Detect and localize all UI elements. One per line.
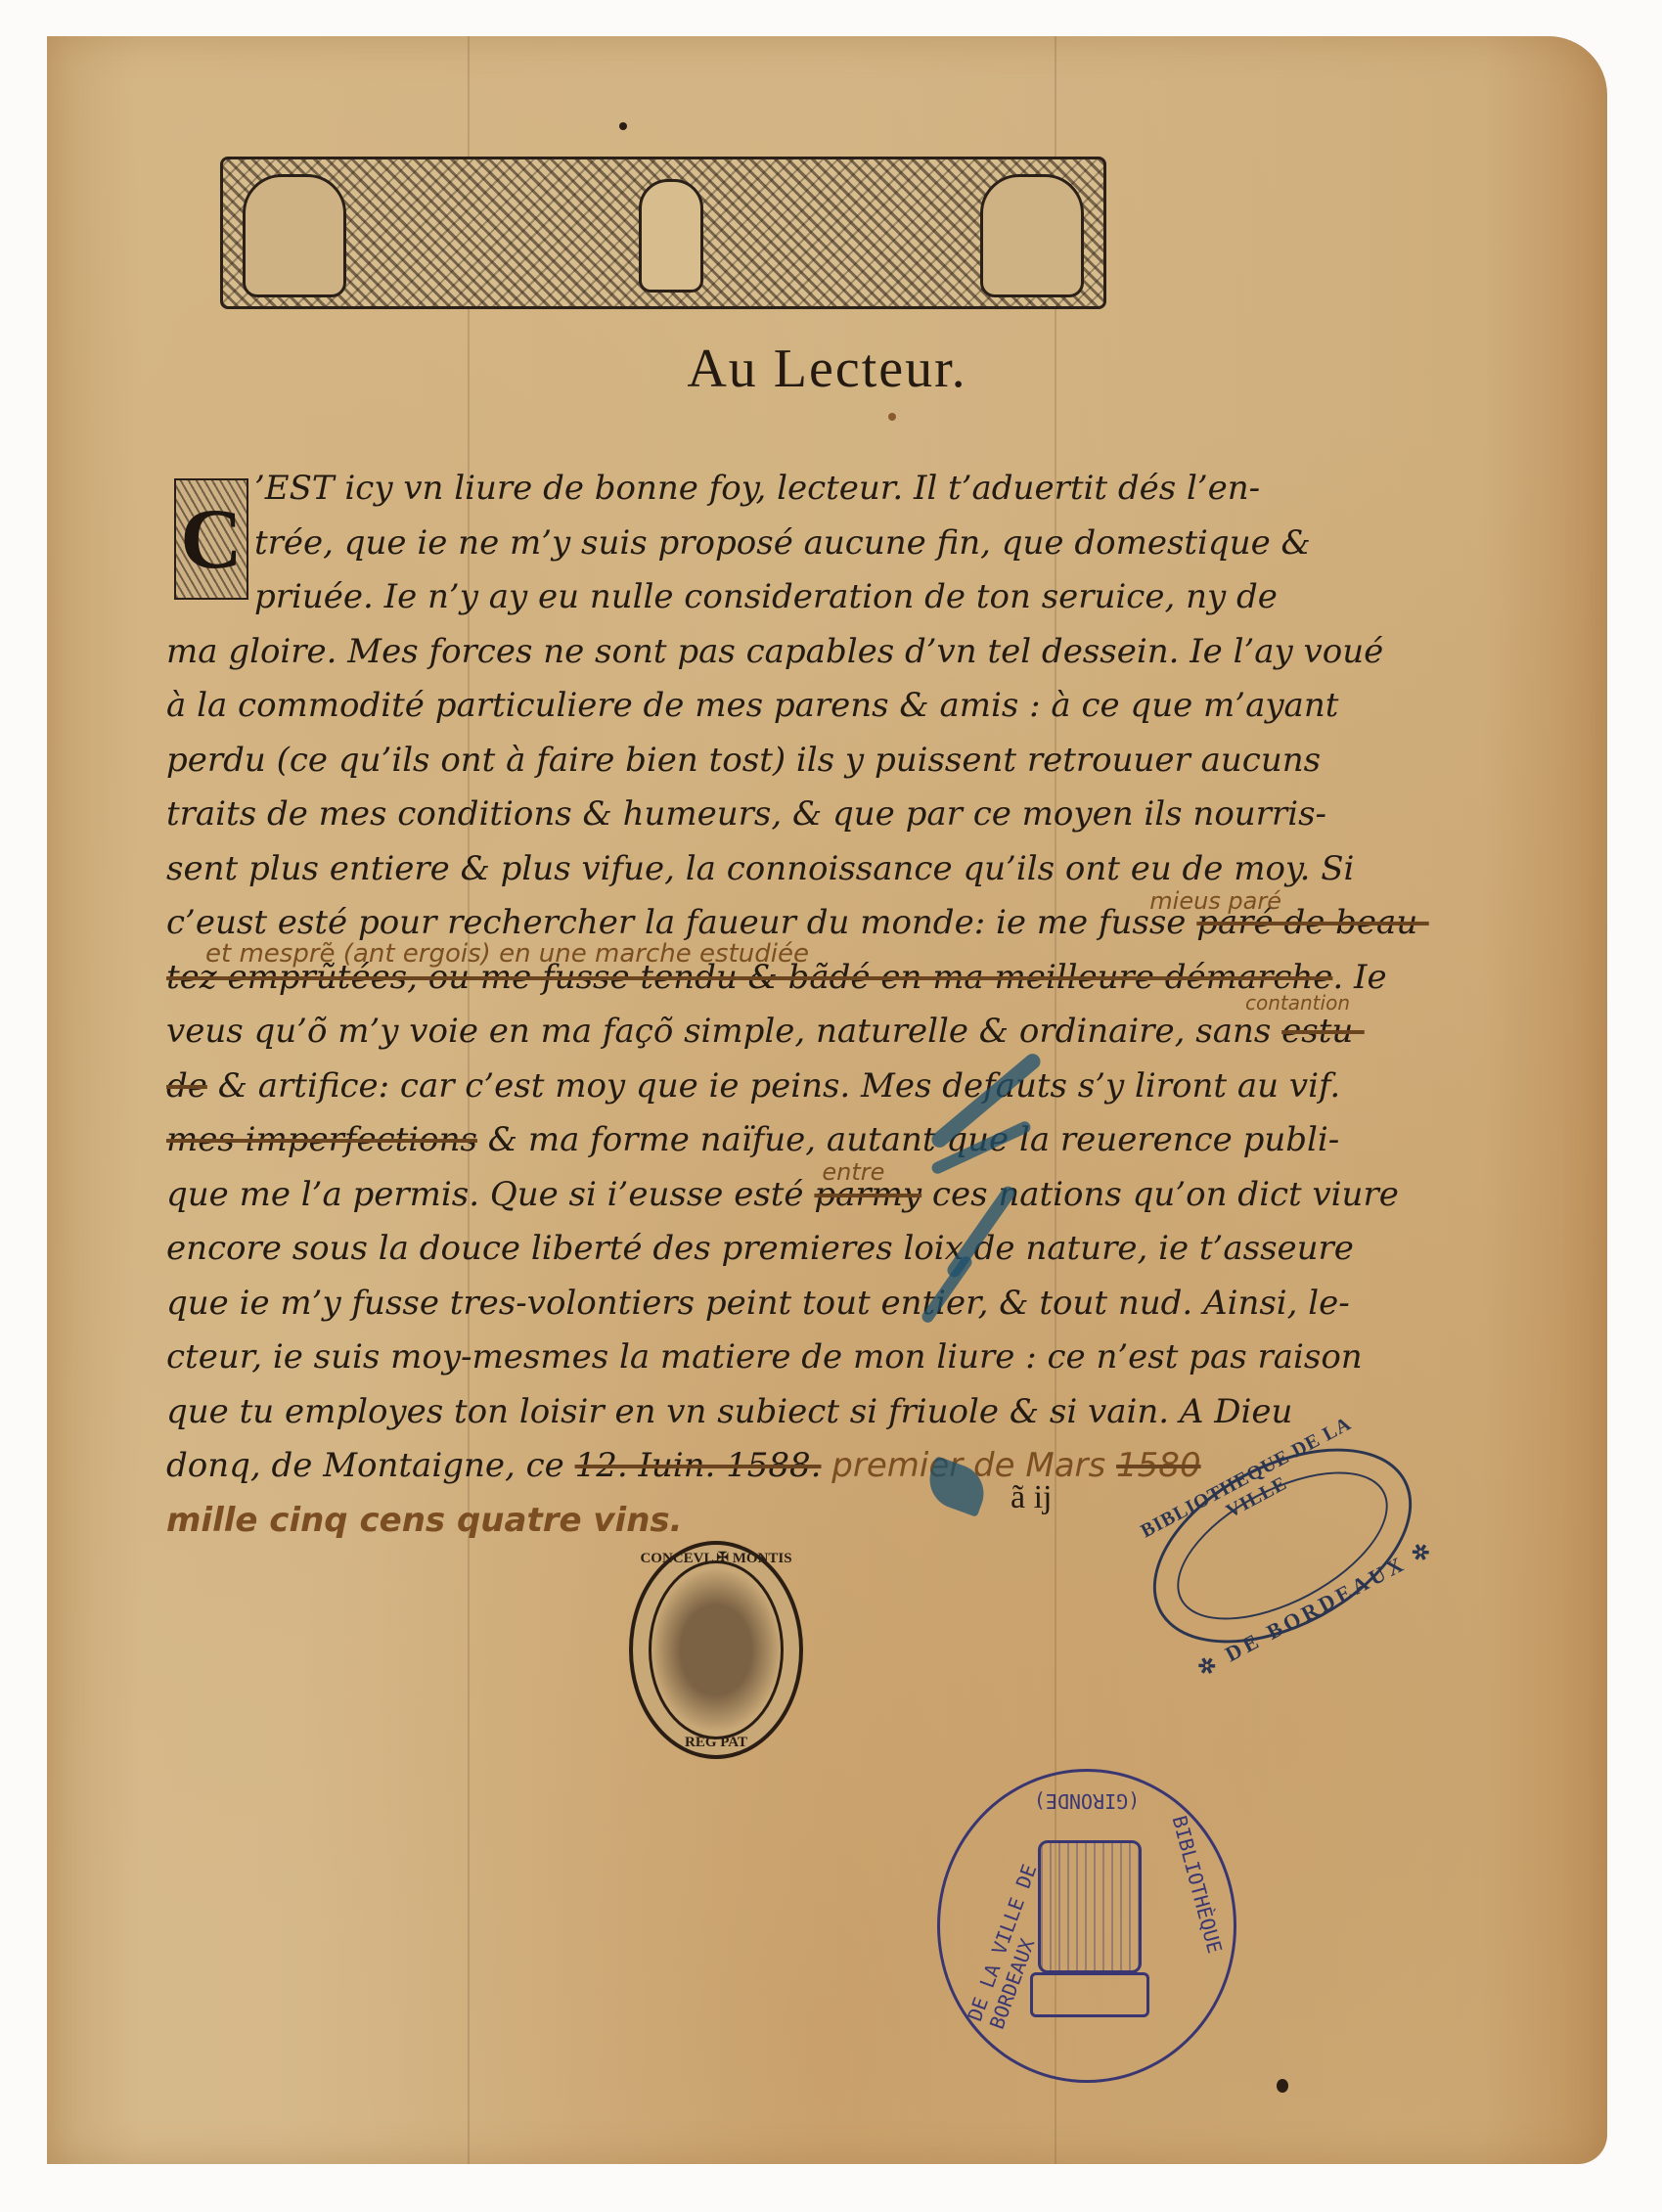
- text-line: et mesprẽ (ant ergois) en une marche est…: [166, 951, 1262, 1006]
- page-title: Au Lecteur.: [47, 338, 1607, 400]
- text-line: veus qu’õ m’y voie en ma façõ simple, na…: [166, 1005, 1262, 1060]
- text-line: cteur, ie suis moy-mesmes la matiere de …: [166, 1331, 1262, 1385]
- text-line: mes imperfections & ma forme naïfue, aut…: [166, 1113, 1262, 1168]
- manuscript-line: mille cinq cens quatre vins.: [166, 1494, 1262, 1549]
- struck-text: mes imperfections: [166, 1120, 477, 1159]
- text-line: ’EST icy vn liure de bonne foy, lecteur.…: [166, 462, 1262, 517]
- manuscript-annotation: entre: [822, 1146, 884, 1200]
- struck-text: de: [166, 1066, 207, 1106]
- stamp-text-top: (GIRONDE): [940, 1789, 1234, 1813]
- text-line: sent plus entiere & plus vifue, la conno…: [166, 842, 1262, 897]
- printed-text: & ma forme naïfue, autant que la reueren…: [477, 1120, 1339, 1159]
- ink-speck: [1277, 2079, 1288, 2093]
- printed-text: & artifice: car c’est moy que ie peins. …: [207, 1066, 1340, 1106]
- text-line: trée, que ie ne m’y suis proposé aucune …: [166, 517, 1262, 571]
- stamp-emblem: [1038, 1840, 1142, 1973]
- beast-figure-left: [243, 174, 346, 297]
- text-line: priuée. Ie n’y ay eu nulle consideration…: [166, 570, 1262, 625]
- text-line: ma gloire. Mes forces ne sont pas capabl…: [166, 625, 1262, 680]
- ownership-seal: CONCEVL ✠ MONTIS REG PAT: [629, 1541, 803, 1759]
- struck-date: 12. Iuin. 1588.: [575, 1446, 822, 1485]
- seal-ring: [649, 1560, 784, 1739]
- woodcut-headpiece-ornament: [220, 157, 1106, 309]
- book-page: Au Lecteur. C ’EST icy vn liure de bonne…: [47, 36, 1607, 2164]
- seal-legend-bottom: REG PAT: [633, 1735, 799, 1751]
- stamp-emblem-base: [1030, 1972, 1149, 2017]
- struck-text: estu-: [1281, 1012, 1365, 1051]
- text-line: donq, de Montaigne, ce 12. Iuin. 1588. p…: [166, 1439, 1262, 1494]
- manuscript-annotation: mieus paré: [1149, 875, 1281, 929]
- signature-mark: ã ij: [1011, 1479, 1052, 1516]
- text-line: que me l’a permis. Que si i’eusse esté p…: [166, 1168, 1262, 1223]
- text-line: que ie m’y fusse tres-volontiers peint t…: [166, 1277, 1262, 1332]
- text-line: de & artifice: car c’est moy que ie pein…: [166, 1060, 1262, 1114]
- text-line: que tu employes ton loisir en vn subiect…: [166, 1385, 1262, 1440]
- printed-text: donq, de Montaigne, ce: [166, 1446, 575, 1485]
- library-stamp-round: (GIRONDE) DE LA VILLE DE BORDEAUX BIBLIO…: [937, 1769, 1236, 2083]
- beast-figure-right: [980, 174, 1084, 297]
- stamp-text-right: BIBLIOTHÈQUE: [1168, 1813, 1241, 2008]
- ink-speck: [619, 122, 627, 130]
- grotesque-mask-center: [639, 179, 703, 293]
- struck-text: parmyentre: [814, 1175, 921, 1214]
- text-line: encore sous la douce liberté des premier…: [166, 1222, 1262, 1277]
- manuscript-annotation: et mesprẽ (ant ergois) en une marche est…: [205, 927, 809, 982]
- printed-text: que me l’a permis. Que si i’eusse esté: [166, 1175, 814, 1214]
- seal-legend-top: CONCEVL ✠ MONTIS: [633, 1549, 799, 1567]
- ink-speck: [888, 413, 896, 421]
- printed-text: veus qu’õ m’y voie en ma façõ simple, na…: [166, 1012, 1281, 1051]
- manuscript-struck-year: 1580: [1116, 1446, 1201, 1485]
- text-line: à la commodité particuliere de mes paren…: [166, 679, 1262, 734]
- text-line: traits de mes conditions & humeurs, & qu…: [166, 788, 1262, 842]
- text-line: perdu (ce qu’ils ont à faire bien tost) …: [166, 734, 1262, 789]
- body-text: ’EST icy vn liure de bonne foy, lecteur.…: [166, 462, 1262, 1548]
